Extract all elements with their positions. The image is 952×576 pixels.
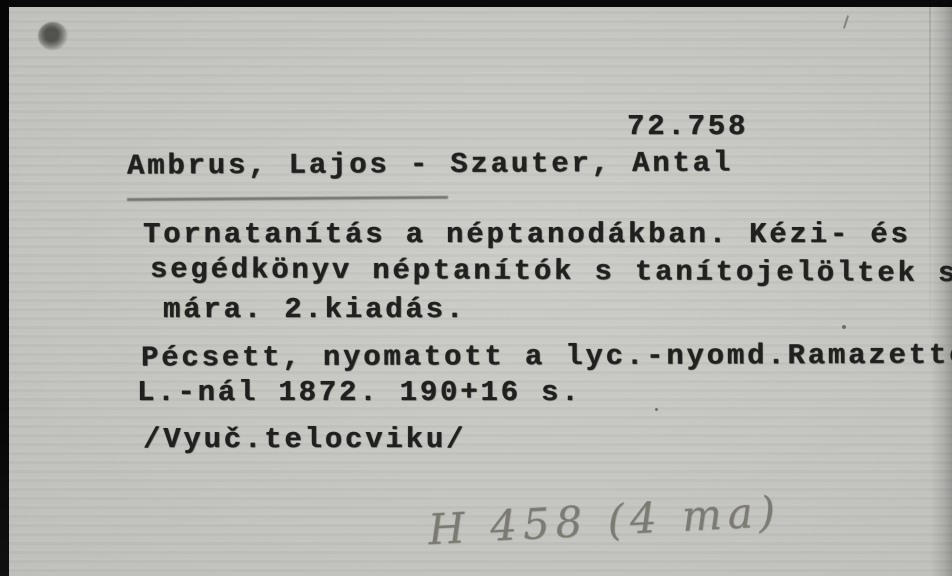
scan-edge-top (0, 0, 952, 7)
title-line-3: mára. 2.kiadás. (163, 295, 466, 324)
paper-speck (655, 408, 658, 411)
imprint-line-1: Pécsett, nyomatott a lyc.-nyomd.Ramazett… (141, 341, 952, 373)
handwritten-shelfmark: H 458 (4 ma) (427, 487, 782, 556)
hole-punch-stain (38, 22, 68, 50)
pencil-mark (843, 15, 849, 29)
author-heading: Ambrus, Lajos - Szauter, Antal (127, 148, 733, 180)
paper-speck (842, 325, 846, 329)
title-line-2: segédkönyv néptanítók s tanítojelöltek s… (150, 255, 952, 288)
call-number: 72.758 (627, 112, 748, 141)
scan-edge-left (0, 0, 9, 576)
heading-underline (127, 196, 448, 201)
subject-note: /Vyuč.telocviku/ (143, 425, 466, 454)
imprint-line-2: L.-nál 1872. 190+16 s. (137, 378, 581, 407)
title-line-1: Tornatanítás a néptanodákban. Kézi- és (143, 220, 911, 249)
